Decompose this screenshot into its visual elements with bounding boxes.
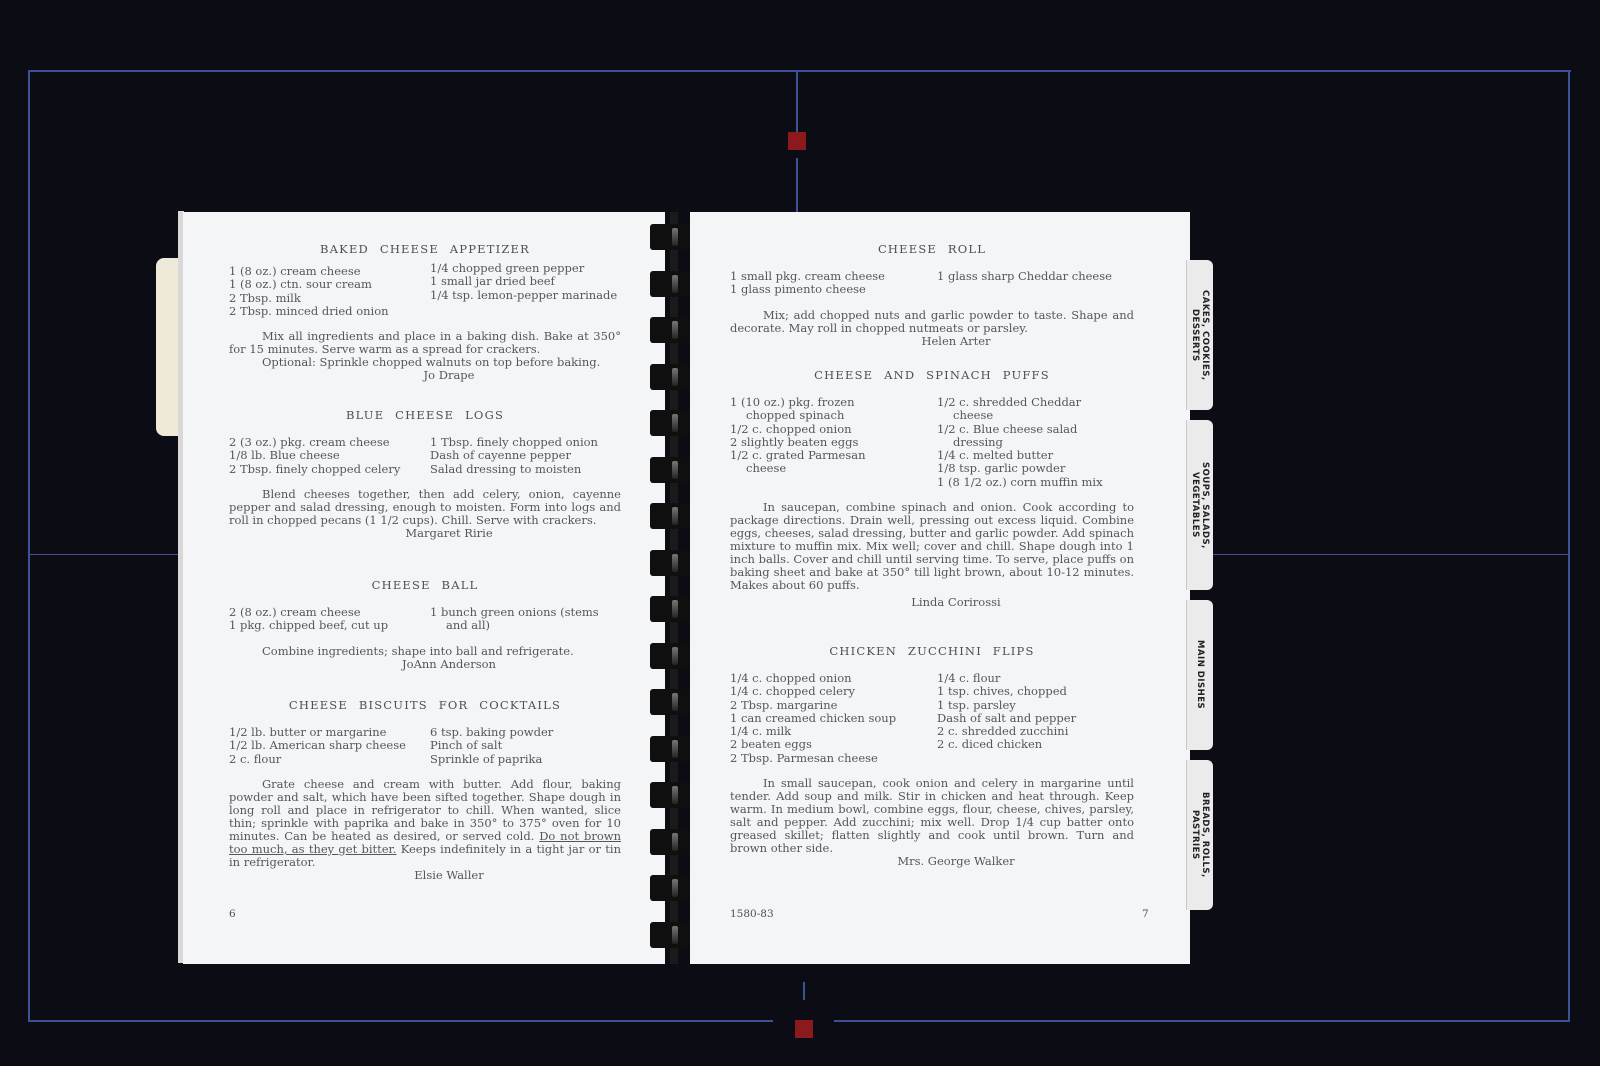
recipe-title: BAKED CHEESE APPETIZER (229, 242, 621, 256)
guide-frame-top (28, 70, 1571, 72)
recipe-blue-cheese-logs: BLUE CHEESE LOGS 2 (3 oz.) pkg. cream ch… (183, 408, 665, 540)
recipe-author: Jo Drape (229, 369, 621, 382)
ingredient: cheese (937, 409, 1103, 422)
recipe-author: Margaret Ririe (229, 527, 621, 540)
directions-paragraph: In small saucepan, cook onion and celery… (730, 777, 1134, 855)
ingredient: 2 Tbsp. milk (229, 292, 430, 305)
ingredient: 1 small pkg. cream cheese (730, 270, 937, 283)
recipe-title: CHICKEN ZUCCHINI FLIPS (730, 644, 1134, 658)
ingredient: 1/4 c. chopped onion (730, 672, 937, 685)
left-page: BAKED CHEESE APPETIZER 1 (8 oz.) cream c… (183, 212, 665, 964)
section-tab-label: CAKES, COOKIES, DESSERTS (1190, 290, 1210, 381)
ingredient: 1 (8 oz.) ctn. sour cream (229, 278, 430, 291)
ingredient-list: 1/4 c. chopped onion 1/4 c. chopped cele… (730, 672, 1134, 765)
ingredient: 1/4 c. chopped celery (730, 685, 937, 698)
ingredient: 1/2 lb. American sharp cheese (229, 739, 430, 752)
page-number: 7 (1142, 908, 1149, 920)
section-tab-label: SOUPS, SALADS, VEGETABLES (1190, 462, 1210, 549)
recipe-directions: In small saucepan, cook onion and celery… (730, 777, 1134, 855)
guide-frame-left (28, 70, 30, 1022)
section-tab-soups-salads-vegetables[interactable]: SOUPS, SALADS, VEGETABLES (1186, 420, 1213, 590)
guide-frame-right (1568, 70, 1570, 1022)
ingredient: Sprinkle of paprika (430, 753, 553, 766)
guide-frame-bottom-right (834, 1020, 1570, 1022)
guide-center-tick-top (796, 72, 798, 132)
ingredient: dressing (937, 436, 1103, 449)
recipe-title: CHEESE ROLL (730, 242, 1134, 256)
ingredient: 1/2 lb. butter or margarine (229, 726, 430, 739)
ingredient: 2 (3 oz.) pkg. cream cheese (229, 436, 430, 449)
guide-center-horizontal-right (1212, 554, 1570, 555)
ingredient: 2 slightly beaten eggs (730, 436, 937, 449)
ingredient: 1 tsp. chives, chopped (937, 685, 1076, 698)
directions-paragraph: In saucepan, combine spinach and onion. … (730, 501, 1134, 592)
guide-center-horizontal-left (28, 554, 183, 555)
ingredient-list: 1/2 lb. butter or margarine 1/2 lb. Amer… (229, 726, 621, 766)
ingredient: 2 Tbsp. finely chopped celery (229, 463, 430, 476)
recipe-author: Linda Corirossi (730, 596, 1134, 609)
directions-paragraph: Combine ingredients; shape into ball and… (229, 645, 621, 658)
recipe-title: BLUE CHEESE LOGS (229, 408, 621, 422)
ingredient: 1 small jar dried beef (430, 275, 617, 288)
ingredient: 1 tsp. parsley (937, 699, 1076, 712)
recipe-author: Mrs. George Walker (730, 855, 1134, 868)
guide-center-tick-top-lower (796, 158, 798, 212)
ingredient: 1 (10 oz.) pkg. frozen (730, 396, 937, 409)
ingredient: 1 bunch green onions (stems (430, 606, 599, 619)
recipe-author: JoAnn Anderson (229, 658, 621, 671)
ingredient: 1/4 c. flour (937, 672, 1076, 685)
recipe-author: Elsie Waller (229, 869, 621, 882)
ingredient: and all) (430, 619, 599, 632)
ingredient: 1/4 c. milk (730, 725, 937, 738)
ingredient: 1/4 tsp. lemon-pepper marinade (430, 289, 617, 302)
recipe-directions: Mix; add chopped nuts and garlic powder … (730, 309, 1134, 335)
recipe-directions: In saucepan, combine spinach and onion. … (730, 501, 1134, 592)
page-number: 6 (229, 908, 236, 920)
directions-paragraph: Mix all ingredients and place in a bakin… (229, 330, 621, 356)
book-code: 1580-83 (730, 908, 774, 920)
recipe-baked-cheese-appetizer: BAKED CHEESE APPETIZER 1 (8 oz.) cream c… (183, 242, 665, 382)
ingredient: 1/2 c. grated Parmesan (730, 449, 937, 462)
ingredient: Pinch of salt (430, 739, 553, 752)
ingredient: 1/8 lb. Blue cheese (229, 449, 430, 462)
ingredient: 1/8 tsp. garlic powder (937, 462, 1103, 475)
ingredient: 2 c. diced chicken (937, 738, 1076, 751)
ingredient: 6 tsp. baking powder (430, 726, 553, 739)
ingredient: chopped spinach (730, 409, 937, 422)
ingredient: 1/4 c. melted butter (937, 449, 1103, 462)
section-tab-cakes-cookies-desserts[interactable]: CAKES, COOKIES, DESSERTS (1186, 260, 1213, 410)
ingredient: 2 Tbsp. margarine (730, 699, 937, 712)
ingredient: 1 can creamed chicken soup (730, 712, 937, 725)
ingredient: 1/4 chopped green pepper (430, 262, 617, 275)
directions-paragraph: Mix; add chopped nuts and garlic powder … (730, 309, 1134, 335)
ingredient: 1 glass pimento cheese (730, 283, 937, 296)
recipe-cheese-ball: CHEESE BALL 2 (8 oz.) cream cheese 1 pkg… (183, 578, 665, 671)
registration-marker-bottom (795, 1020, 813, 1038)
ingredient-list: 2 (8 oz.) cream cheese 1 pkg. chipped be… (229, 606, 621, 633)
section-tab-main-dishes[interactable]: MAIN DISHES (1186, 600, 1213, 750)
ingredient: 1 glass sharp Cheddar cheese (937, 270, 1112, 283)
recipe-title: CHEESE AND SPINACH PUFFS (730, 368, 1134, 382)
ingredient-list: 1 (10 oz.) pkg. frozen chopped spinach 1… (730, 396, 1134, 489)
ingredient: 2 (8 oz.) cream cheese (229, 606, 430, 619)
recipe-cheese-biscuits-for-cocktails: CHEESE BISCUITS FOR COCKTAILS 1/2 lb. bu… (183, 698, 665, 882)
recipe-directions: Mix all ingredients and place in a bakin… (229, 330, 621, 369)
section-tab-breads-rolls-pastries[interactable]: BREADS, ROLLS, PASTRIES (1186, 760, 1213, 910)
recipe-directions: Grate cheese and cream with butter. Add … (229, 778, 621, 869)
recipe-title: CHEESE BISCUITS FOR COCKTAILS (229, 698, 621, 712)
ingredient: 1 Tbsp. finely chopped onion (430, 436, 598, 449)
ingredient: 1/2 c. Blue cheese salad (937, 423, 1103, 436)
recipe-directions: Blend cheeses together, then add celery,… (229, 488, 621, 527)
ingredient: 2 beaten eggs (730, 738, 937, 751)
ingredient-list: 1 (8 oz.) cream cheese 1 (8 oz.) ctn. so… (229, 262, 621, 318)
recipe-cheese-roll: CHEESE ROLL 1 small pkg. cream cheese 1 … (690, 242, 1190, 348)
ingredient: 2 Tbsp. minced dried onion (229, 305, 430, 318)
guide-center-tick-bottom (803, 982, 805, 1000)
ingredient: 1 pkg. chipped beef, cut up (229, 619, 430, 632)
recipe-author: Helen Arter (730, 335, 1134, 348)
recipe-cheese-and-spinach-puffs: CHEESE AND SPINACH PUFFS 1 (10 oz.) pkg.… (690, 368, 1190, 609)
ingredient: 2 Tbsp. Parmesan cheese (730, 752, 937, 765)
ingredient-list: 1 small pkg. cream cheese 1 glass piment… (730, 270, 1134, 297)
ingredient: 1 (8 1/2 oz.) corn muffin mix (937, 476, 1103, 489)
ingredient: 1/2 c. shredded Cheddar (937, 396, 1103, 409)
ingredient: cheese (730, 462, 937, 475)
ingredient: 1/2 c. chopped onion (730, 423, 937, 436)
ingredient: 1 (8 oz.) cream cheese (229, 265, 430, 278)
registration-marker-top (788, 132, 806, 150)
ingredient-list: 2 (3 oz.) pkg. cream cheese 1/8 lb. Blue… (229, 436, 621, 476)
recipe-title: CHEESE BALL (229, 578, 621, 592)
ingredient: Salad dressing to moisten (430, 463, 598, 476)
section-tab-label: BREADS, ROLLS, PASTRIES (1190, 792, 1210, 878)
recipe-directions: Combine ingredients; shape into ball and… (229, 645, 621, 658)
recipe-chicken-zucchini-flips: CHICKEN ZUCCHINI FLIPS 1/4 c. chopped on… (690, 644, 1190, 868)
right-page: CHEESE ROLL 1 small pkg. cream cheese 1 … (690, 212, 1190, 964)
ingredient: 2 c. flour (229, 753, 430, 766)
ingredient: 2 c. shredded zucchini (937, 725, 1076, 738)
guide-frame-bottom-left (28, 1020, 773, 1022)
ingredient: Dash of cayenne pepper (430, 449, 598, 462)
section-tab-label: MAIN DISHES (1195, 640, 1205, 709)
directions-paragraph: Blend cheeses together, then add celery,… (229, 488, 621, 527)
directions-paragraph: Grate cheese and cream with butter. Add … (229, 778, 621, 869)
ingredient: Dash of salt and pepper (937, 712, 1076, 725)
section-tabs: CAKES, COOKIES, DESSERTS SOUPS, SALADS, … (1186, 260, 1212, 928)
